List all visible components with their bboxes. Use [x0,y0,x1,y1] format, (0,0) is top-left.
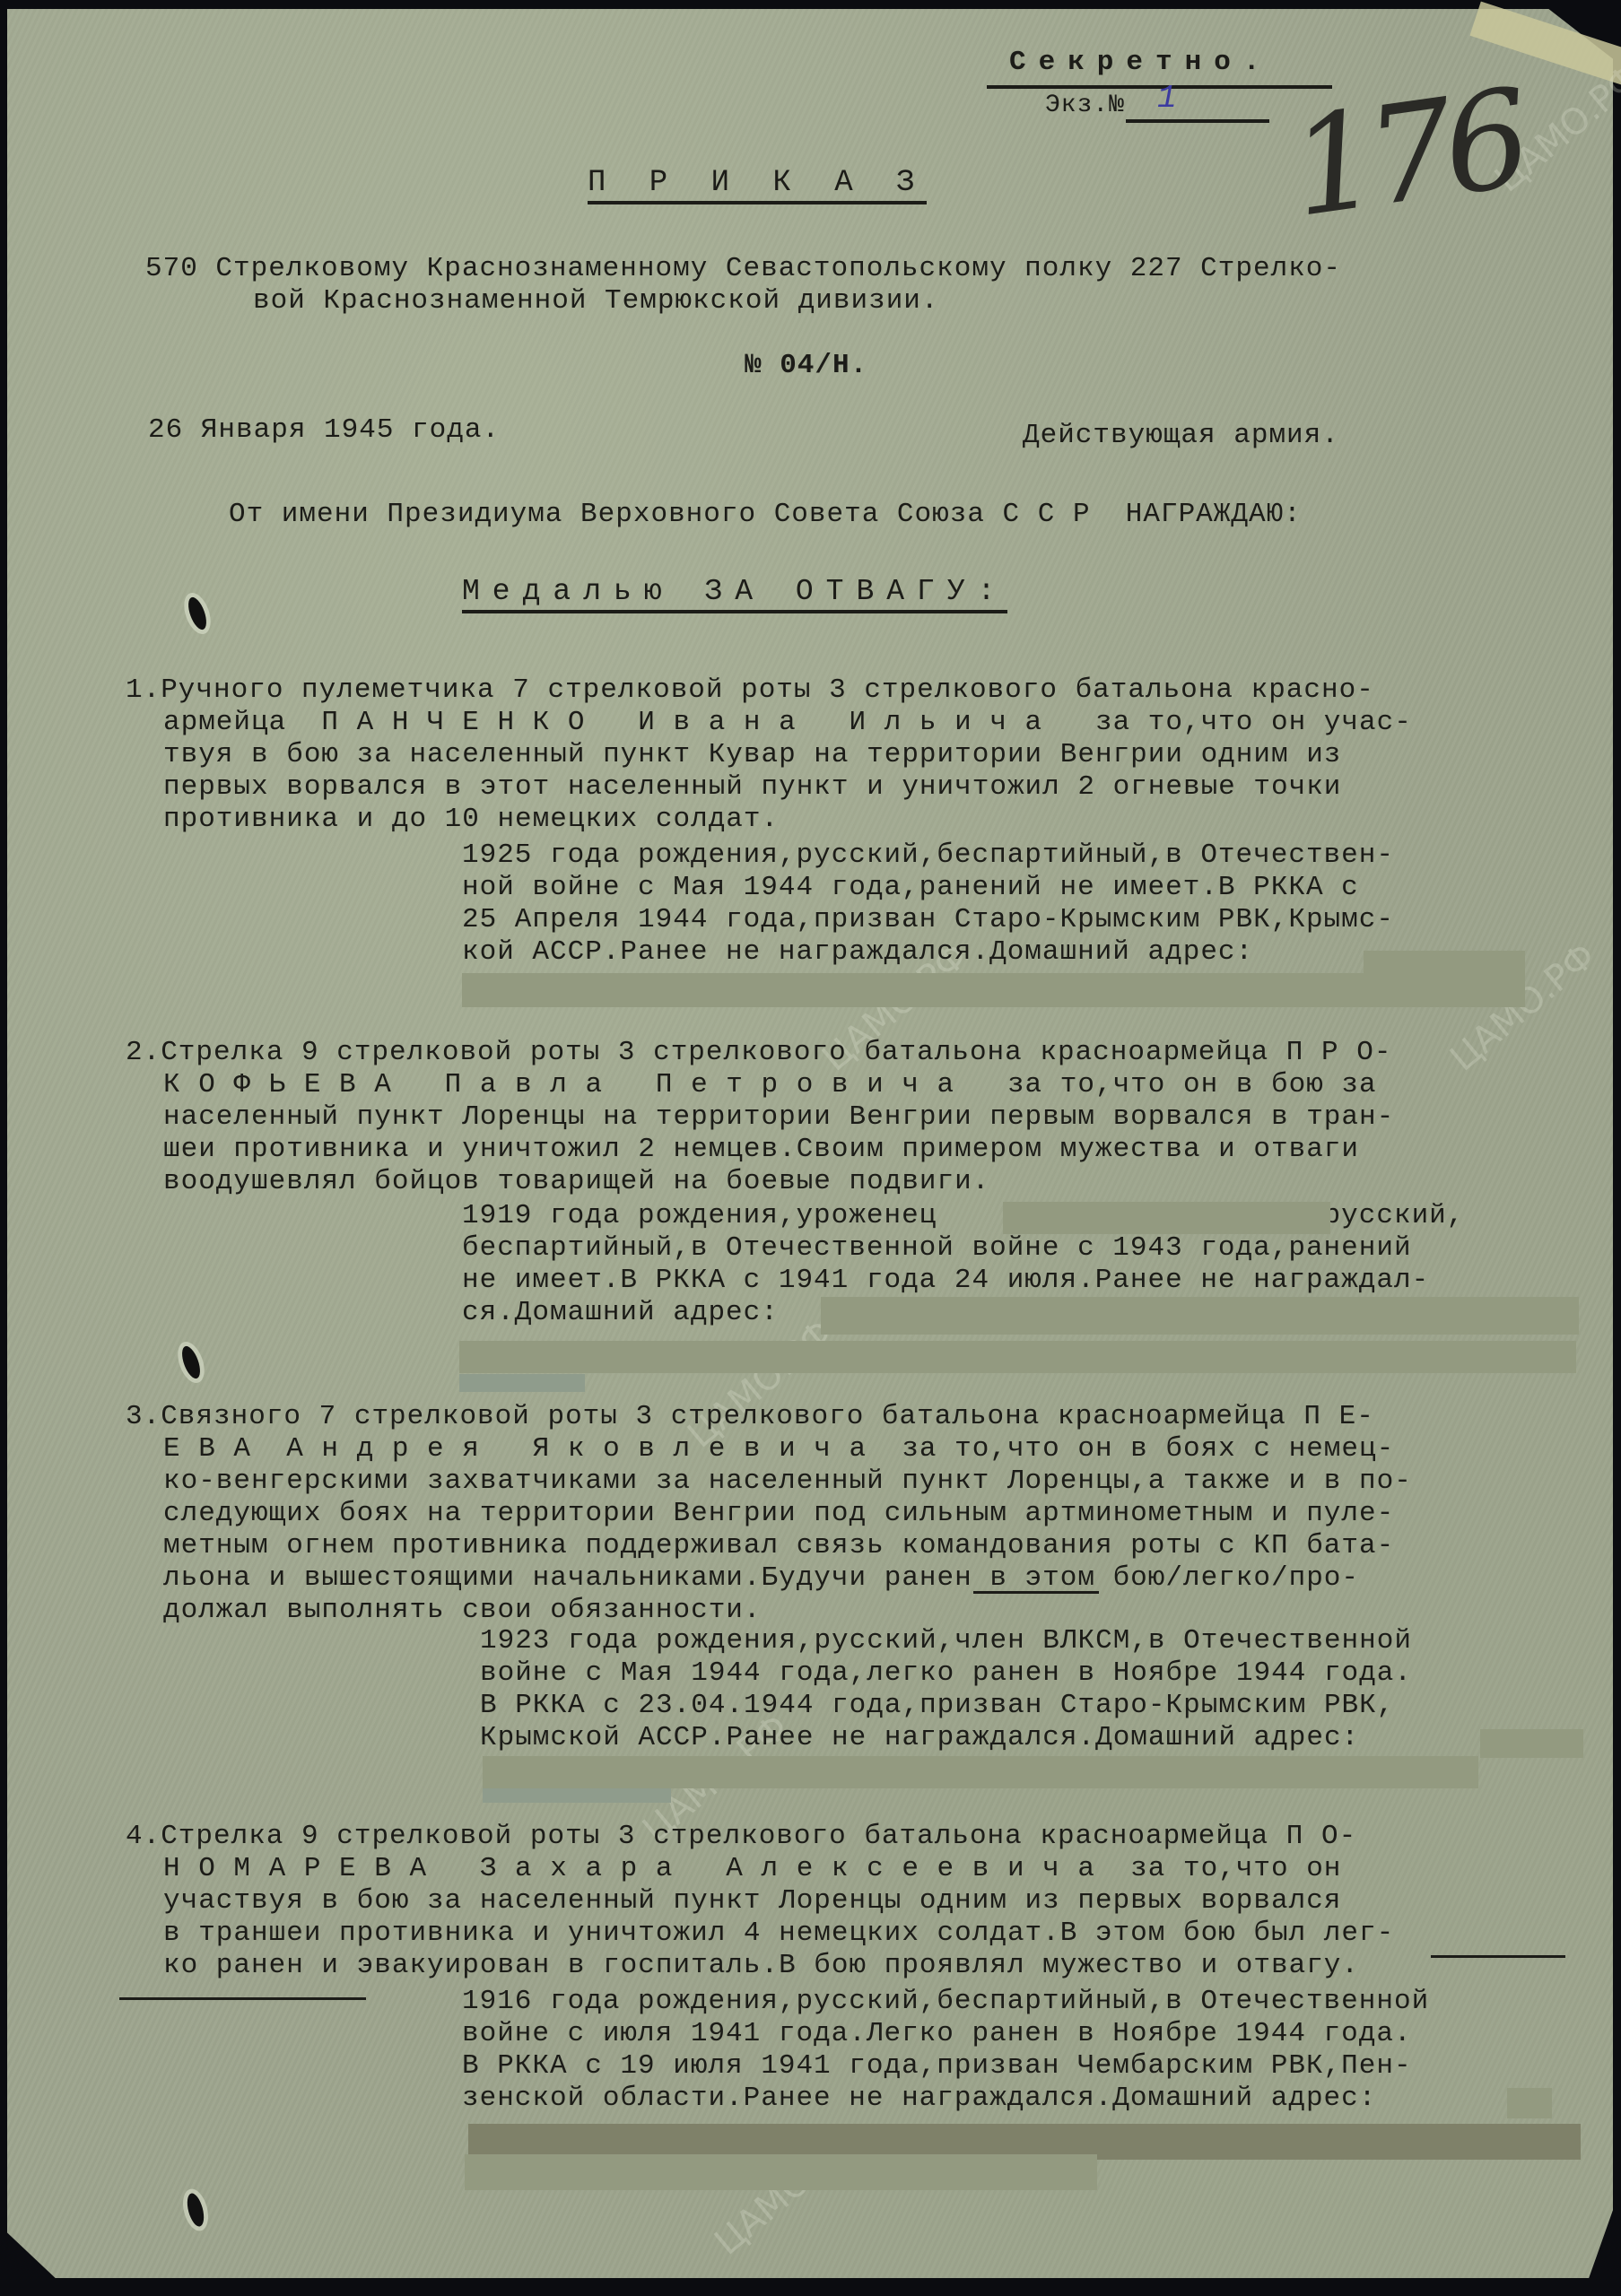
legko-underline [1431,1955,1565,1958]
bio-line: 1923 года рождения,русский,член ВЛКСМ,в … [480,1625,1412,1657]
order-date: 26 Января 1945 года. [148,414,500,447]
bio-line: беспартийный,в Отечественной войне с 194… [462,1232,1412,1265]
citation-line: 2.Стрелка 9 стрелковой роты 3 стрелковог… [126,1037,1391,1069]
ranen-underline [973,1591,1099,1594]
redacted-address [483,1756,1478,1788]
citation-line: в траншеи противника и уничтожил 4 немец… [163,1918,1394,1950]
citation-line: воодушевлял бойцов товарищей на боевые п… [163,1166,989,1198]
citation-line: Е В А А н д р е я Я к о в л е в и ч а за… [163,1433,1394,1465]
separator-line [119,1997,366,2000]
citation-line: следующих боях на территории Венгрии под… [163,1498,1394,1530]
bio-line: В РККА с 23.04.1944 года,призван Старо-К… [480,1690,1394,1722]
citation-line: противника и до 10 немецких солдат. [163,804,779,836]
redacted-address [465,2154,1097,2190]
folio-number: 176 [1282,61,1531,248]
bio-line: ся.Домашний адрес: [462,1297,779,1329]
bio-line: Крымской АССР.Ранее не награждался.Домаш… [480,1722,1359,1754]
citation-line: 3.Связного 7 стрелковой роты 3 стрелково… [126,1401,1374,1433]
award-heading: Медалью ЗА ОТВАГУ: [462,576,1007,613]
citation-line: 1.Ручного пулеметчика 7 стрелковой роты … [126,674,1374,707]
order-location: Действующая армия. [1023,420,1339,452]
citation-line: Н О М А Р Е В А З а х а р а А л е к с е … [163,1853,1341,1885]
copy-number: 1 [1157,83,1178,115]
order-number: № 04/Н. [745,350,867,382]
bio-line: В РККА с 19 июля 1941 года,призван Чемба… [462,2050,1412,2083]
bio-line: не имеет.В РККА с 1941 года 24 июля.Ране… [462,1265,1429,1297]
redacted-address [483,1788,671,1803]
citation-line: метным огнем противника поддерживал связ… [163,1530,1394,1562]
bio-line: ной войне с Мая 1944 года,ранений не име… [462,872,1359,904]
citation-line: твуя в бою за населенный пункт Кувар на … [163,739,1341,771]
citation-line: первых ворвался в этот населенный пункт … [163,771,1341,804]
citation-line: ко-венгерскими захватчиками за населенны… [163,1465,1412,1498]
copy-number-underline [1126,119,1269,123]
addressee-line-1: 570 Стрелковому Краснознаменному Севасто… [145,253,1341,285]
preamble: От имени Президиума Верховного Совета Со… [229,499,1302,531]
redacted-address [459,1341,1576,1373]
citation-line: К О Ф Ь Е В А П а в л а П е т р о в и ч … [163,1069,1377,1101]
citation-line: участвуя в бою за населенный пункт Лорен… [163,1885,1341,1918]
bio-line: кой АССР.Ранее не награждался.Домашний а… [462,936,1253,969]
redacted-address [459,1374,585,1392]
citation-line: ко ранен и эвакуирован в госпиталь.В бою… [163,1950,1359,1982]
citation-line: должал выполнять свои обязанности. [163,1595,762,1627]
bio-line: 25 Апреля 1944 года,призван Старо-Крымск… [462,904,1394,936]
bio-line: войне с июля 1941 года.Легко ранен в Ноя… [462,2018,1412,2050]
document-title: П Р И К А З [588,167,927,204]
bio-line: 1925 года рождения,русский,беспартийный,… [462,839,1394,872]
citation-line: льона и вышестоящими начальниками.Будучи… [163,1562,1359,1595]
redacted-address [1480,1729,1583,1758]
copy-label: Экз.№ [1045,90,1125,122]
redacted-address [462,973,1525,1007]
redacted-address [821,1297,1579,1335]
citation-line: 4.Стрелка 9 стрелковой роты 3 стрелковог… [126,1821,1356,1853]
bio-line: войне с Мая 1944 года,легко ранен в Нояб… [480,1657,1412,1690]
citation-line: населенный пункт Лоренцы на территории В… [163,1101,1394,1134]
redacted-birthplace [1003,1202,1330,1234]
bio-line: 1916 года рождения,русский,беспартийный,… [462,1986,1429,2018]
addressee-line-2: вой Краснознаменной Темрюкской дивизии. [253,285,939,317]
classification-stamp: Секретно. [1009,47,1272,79]
redacted-address [1507,2088,1552,2118]
citation-line: армейца П А Н Ч Е Н К О И в а н а И л ь … [163,707,1412,739]
citation-line: шеи противника и уничтожил 2 немцев.Свои… [163,1134,1359,1166]
bio-line: зенской области.Ранее не награждался.Дом… [462,2083,1376,2115]
